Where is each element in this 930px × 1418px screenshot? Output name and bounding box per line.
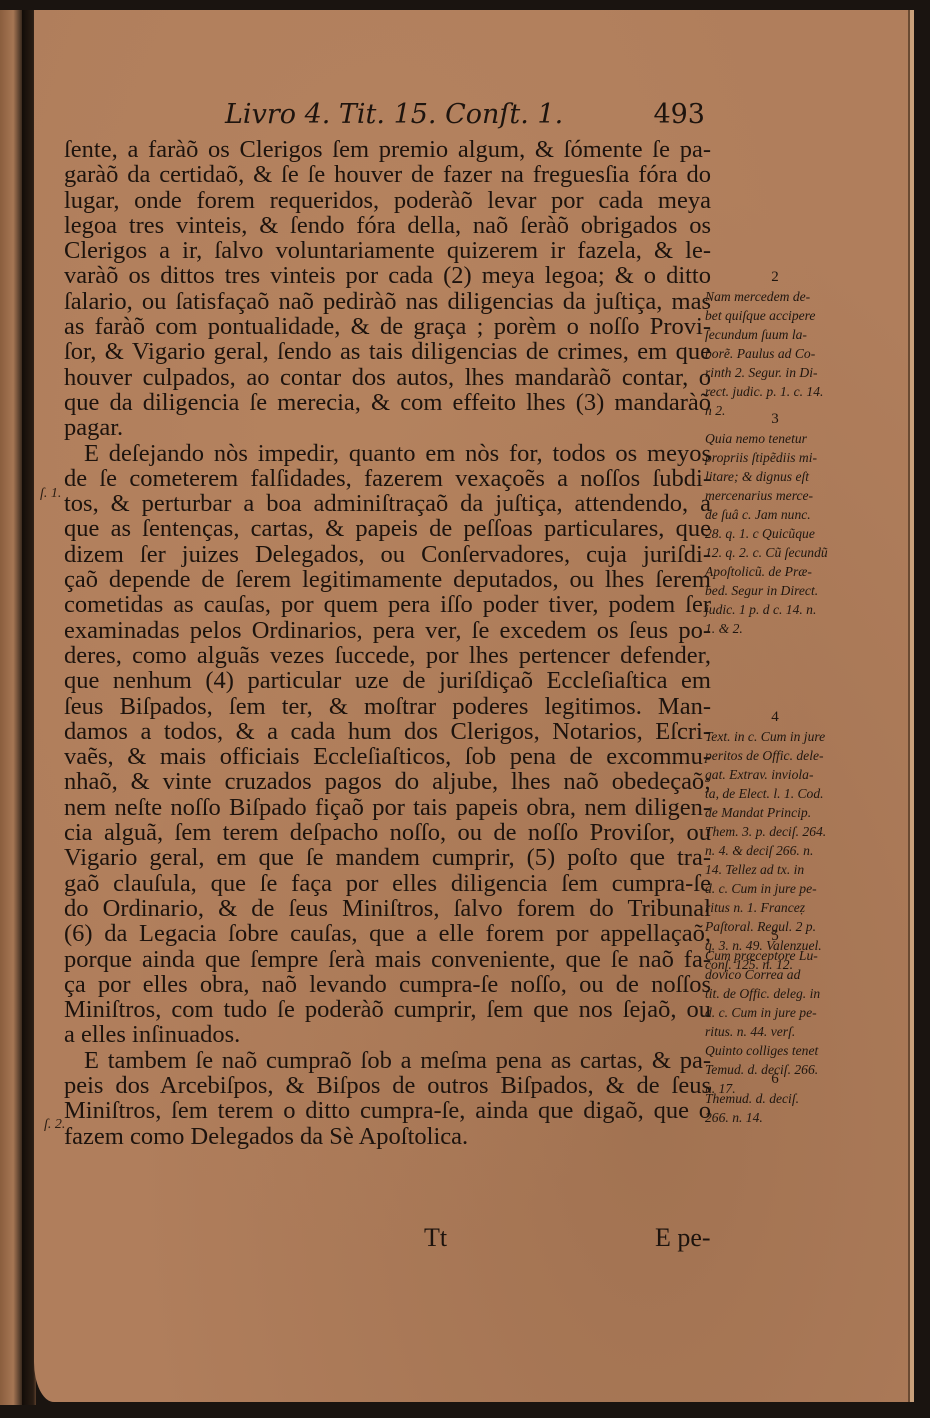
catchword: E pe- — [655, 1223, 711, 1253]
text-line: nhaõ, & vinte cruzados pagos do aljube, … — [64, 769, 711, 794]
footnote-number: 3 — [705, 410, 845, 429]
footnote-6: 6 Themud. d. deciſ. 266. n. 14. — [705, 1070, 845, 1127]
text-line: tos, & perturbar a boa adminiſtraçaõ da … — [64, 491, 711, 516]
text-line: çaõ depende de ſerem legitimamente deput… — [64, 567, 711, 592]
text-line: vaẽs, & mais officiais Eccleſiaſticos, ſ… — [64, 744, 711, 769]
running-head: Livro 4. Tit. 15. Conſt. 1. 493 — [225, 99, 705, 130]
text-line: pagar. — [64, 415, 711, 440]
text-line: Clerigos a ir, ſalvo voluntariamente qui… — [64, 238, 711, 263]
text-line: nem neſte noſſo Biſpado fiçaõ por tais p… — [64, 795, 711, 820]
text-line: que nenhum (4) particular uze de juriſdi… — [64, 668, 711, 693]
footnote-line: gat. Extrav. inviola- — [705, 765, 845, 784]
paragraph-start-line: E tambem ſe naõ cumpraõ ſob a meſma pena… — [64, 1048, 711, 1073]
footnote-line: d. c. Cum in jure pe- — [705, 879, 845, 898]
text-line: fazem como Delegados da Sè Apoſtolica. — [64, 1124, 711, 1149]
text-line: houver culpados, ao contar dos autos, lh… — [64, 365, 711, 390]
footnote-line: n. 4. & deciſ 266. n. — [705, 841, 845, 860]
text-line: ſor, & Vigario geral, ſendo as tais dili… — [64, 339, 711, 364]
footnote-line: ſecundum ſuum la- — [705, 325, 845, 344]
footnote-line: Apoſtolicũ. de Præ- — [705, 562, 845, 581]
footnote-line: 14. Tellez ad tx. in — [705, 860, 845, 879]
footnote-2: 2 Nam mercedem de- bet quiſque accipere … — [705, 268, 845, 420]
text-line: que da diligencia ſe merecia, & com effe… — [64, 390, 711, 415]
footnote-line: 1. & 2. — [705, 619, 845, 638]
footnote-line: 12. q. 2. c. Cũ ſecundũ — [705, 543, 845, 562]
footnote-line: Cum præceptore Lu- — [705, 946, 845, 965]
footnote-line: Quinto colliges tenet — [705, 1041, 845, 1060]
text-line: as faràõ com pontualidade, & de graça ; … — [64, 314, 711, 339]
text-line: ſalario, ou ſatisfaçaõ naõ pediràõ nas d… — [64, 289, 711, 314]
footnote-number: 5 — [705, 927, 845, 946]
footnote-line: Text. in c. Cum in jure — [705, 727, 845, 746]
footnote-number: 4 — [705, 708, 845, 727]
footnote-line: ritus. n. 44. verſ. — [705, 1022, 845, 1041]
text-line: peis dos Arcebiſpos, & Biſpos de outros … — [64, 1073, 711, 1098]
previous-page-edge — [0, 10, 22, 1405]
footnote-line: rect. judic. p. 1. c. 14. — [705, 382, 845, 401]
footnote-line: tit. de Offic. deleg. in — [705, 984, 845, 1003]
footnote-line: peritos de Offic. dele- — [705, 746, 845, 765]
page-number: 493 — [653, 99, 705, 130]
footnote-line: ta, de Elect. l. 1. Cod. — [705, 784, 845, 803]
text-line: Miniſtros, ſem terem o ditto cumpra-ſe, … — [64, 1098, 711, 1123]
footnote-line: litare; & dignus eſt — [705, 467, 845, 486]
text-line: lugar, onde forem requeridos, poderàõ le… — [64, 188, 711, 213]
running-head-title: Livro 4. Tit. 15. Conſt. 1. — [225, 99, 563, 130]
footnote-line: 28. q. 1. c Quicũque — [705, 524, 845, 543]
text-line: deres, como alguãs vezes ſuccede, por lh… — [64, 643, 711, 668]
text-line: cia alguã, ſem terem deſpacho noſſo, ou … — [64, 820, 711, 845]
footnote-line: Themud. d. deciſ. — [705, 1089, 845, 1108]
section-marker-1: ſ. 1. — [40, 486, 61, 502]
text-line: ſente, a faràõ os Clerigos ſem premio al… — [64, 137, 711, 162]
footnote-line: judic. 1 p. d c. 14. n. — [705, 600, 845, 619]
footnote-3: 3 Quia nemo tenetur propriis ſtipẽdiis m… — [705, 410, 845, 638]
footnote-line: bet quiſque accipere — [705, 306, 845, 325]
main-text-block: ſente, a faràõ os Clerigos ſem premio al… — [64, 137, 711, 1149]
footnote-number: 6 — [705, 1070, 845, 1089]
text-line: que as ſentenças, cartas, & papeis de pe… — [64, 516, 711, 541]
text-line: legoa tres vinteis, & ſendo fóra della, … — [64, 213, 711, 238]
text-line: dizem ſer juizes Delegados, ou Conſervad… — [64, 542, 711, 567]
footnote-line: d. c. Cum in jure pe- — [705, 1003, 845, 1022]
footnote-line: de ſuâ c. Jam nunc. — [705, 505, 845, 524]
footnote-line: mercenarius merce- — [705, 486, 845, 505]
footnote-line: dovico Correa ad — [705, 965, 845, 984]
footnote-line: Them. 3. p. deciſ. 264. — [705, 822, 845, 841]
footnote-line: rinth 2. Segur. in Di- — [705, 363, 845, 382]
text-line: (6) da Legacia ſobre cauſas, que a elle … — [64, 921, 711, 946]
footnote-number: 2 — [705, 268, 845, 287]
text-line: damos a todos, & a cada hum dos Clerigos… — [64, 719, 711, 744]
text-line: a elles inſinuados. — [64, 1022, 711, 1047]
text-line: cometidas as cauſas, por quem pera iſſo … — [64, 592, 711, 617]
text-line: Miniſtros, com tudo ſe poderàõ cumprir, … — [64, 997, 711, 1022]
signature-mark: Tt — [424, 1223, 447, 1253]
text-line: examinadas pelos Ordinarios, pera ver, ſ… — [64, 618, 711, 643]
footnote-line: 266. n. 14. — [705, 1108, 845, 1127]
text-line: ça por elles obra, naõ levando cumpra-ſe… — [64, 972, 711, 997]
footnote-line: ritus n. 1. Franceẓ — [705, 898, 845, 917]
footnote-line: bed. Segur in Direct. — [705, 581, 845, 600]
footnote-line: Quia nemo tenetur — [705, 429, 845, 448]
text-line: varàõ os dittos tres vinteis por cada (2… — [64, 263, 711, 288]
text-line: porque ainda que ſempre ſerà mais conven… — [64, 947, 711, 972]
text-line: de ſe cometerem falſidades, fazerem vexa… — [64, 466, 711, 491]
footnote-line: de Mandat Princip. — [705, 803, 845, 822]
text-line: garàõ da certidaõ, & ſe ſe houver de faz… — [64, 162, 711, 187]
paragraph-start-line: E deſejando nòs impedir, quanto em nòs f… — [64, 441, 711, 466]
text-line: Vigario geral, em que ſe mandem cumprir,… — [64, 845, 711, 870]
footnote-line: borẽ. Paulus ad Co- — [705, 344, 845, 363]
footnote-line: propriis ſtipẽdiis mi- — [705, 448, 845, 467]
section-marker-2: ſ. 2. — [44, 1117, 65, 1133]
text-line: do Ordinario, & de ſeus Miniſtros, ſalvo… — [64, 896, 711, 921]
text-line: ſeus Biſpados, ſem ter, & moſtrar podere… — [64, 694, 711, 719]
text-line: gaõ clauſula, que ſe faça por elles dili… — [64, 871, 711, 896]
footnote-line: Nam mercedem de- — [705, 287, 845, 306]
